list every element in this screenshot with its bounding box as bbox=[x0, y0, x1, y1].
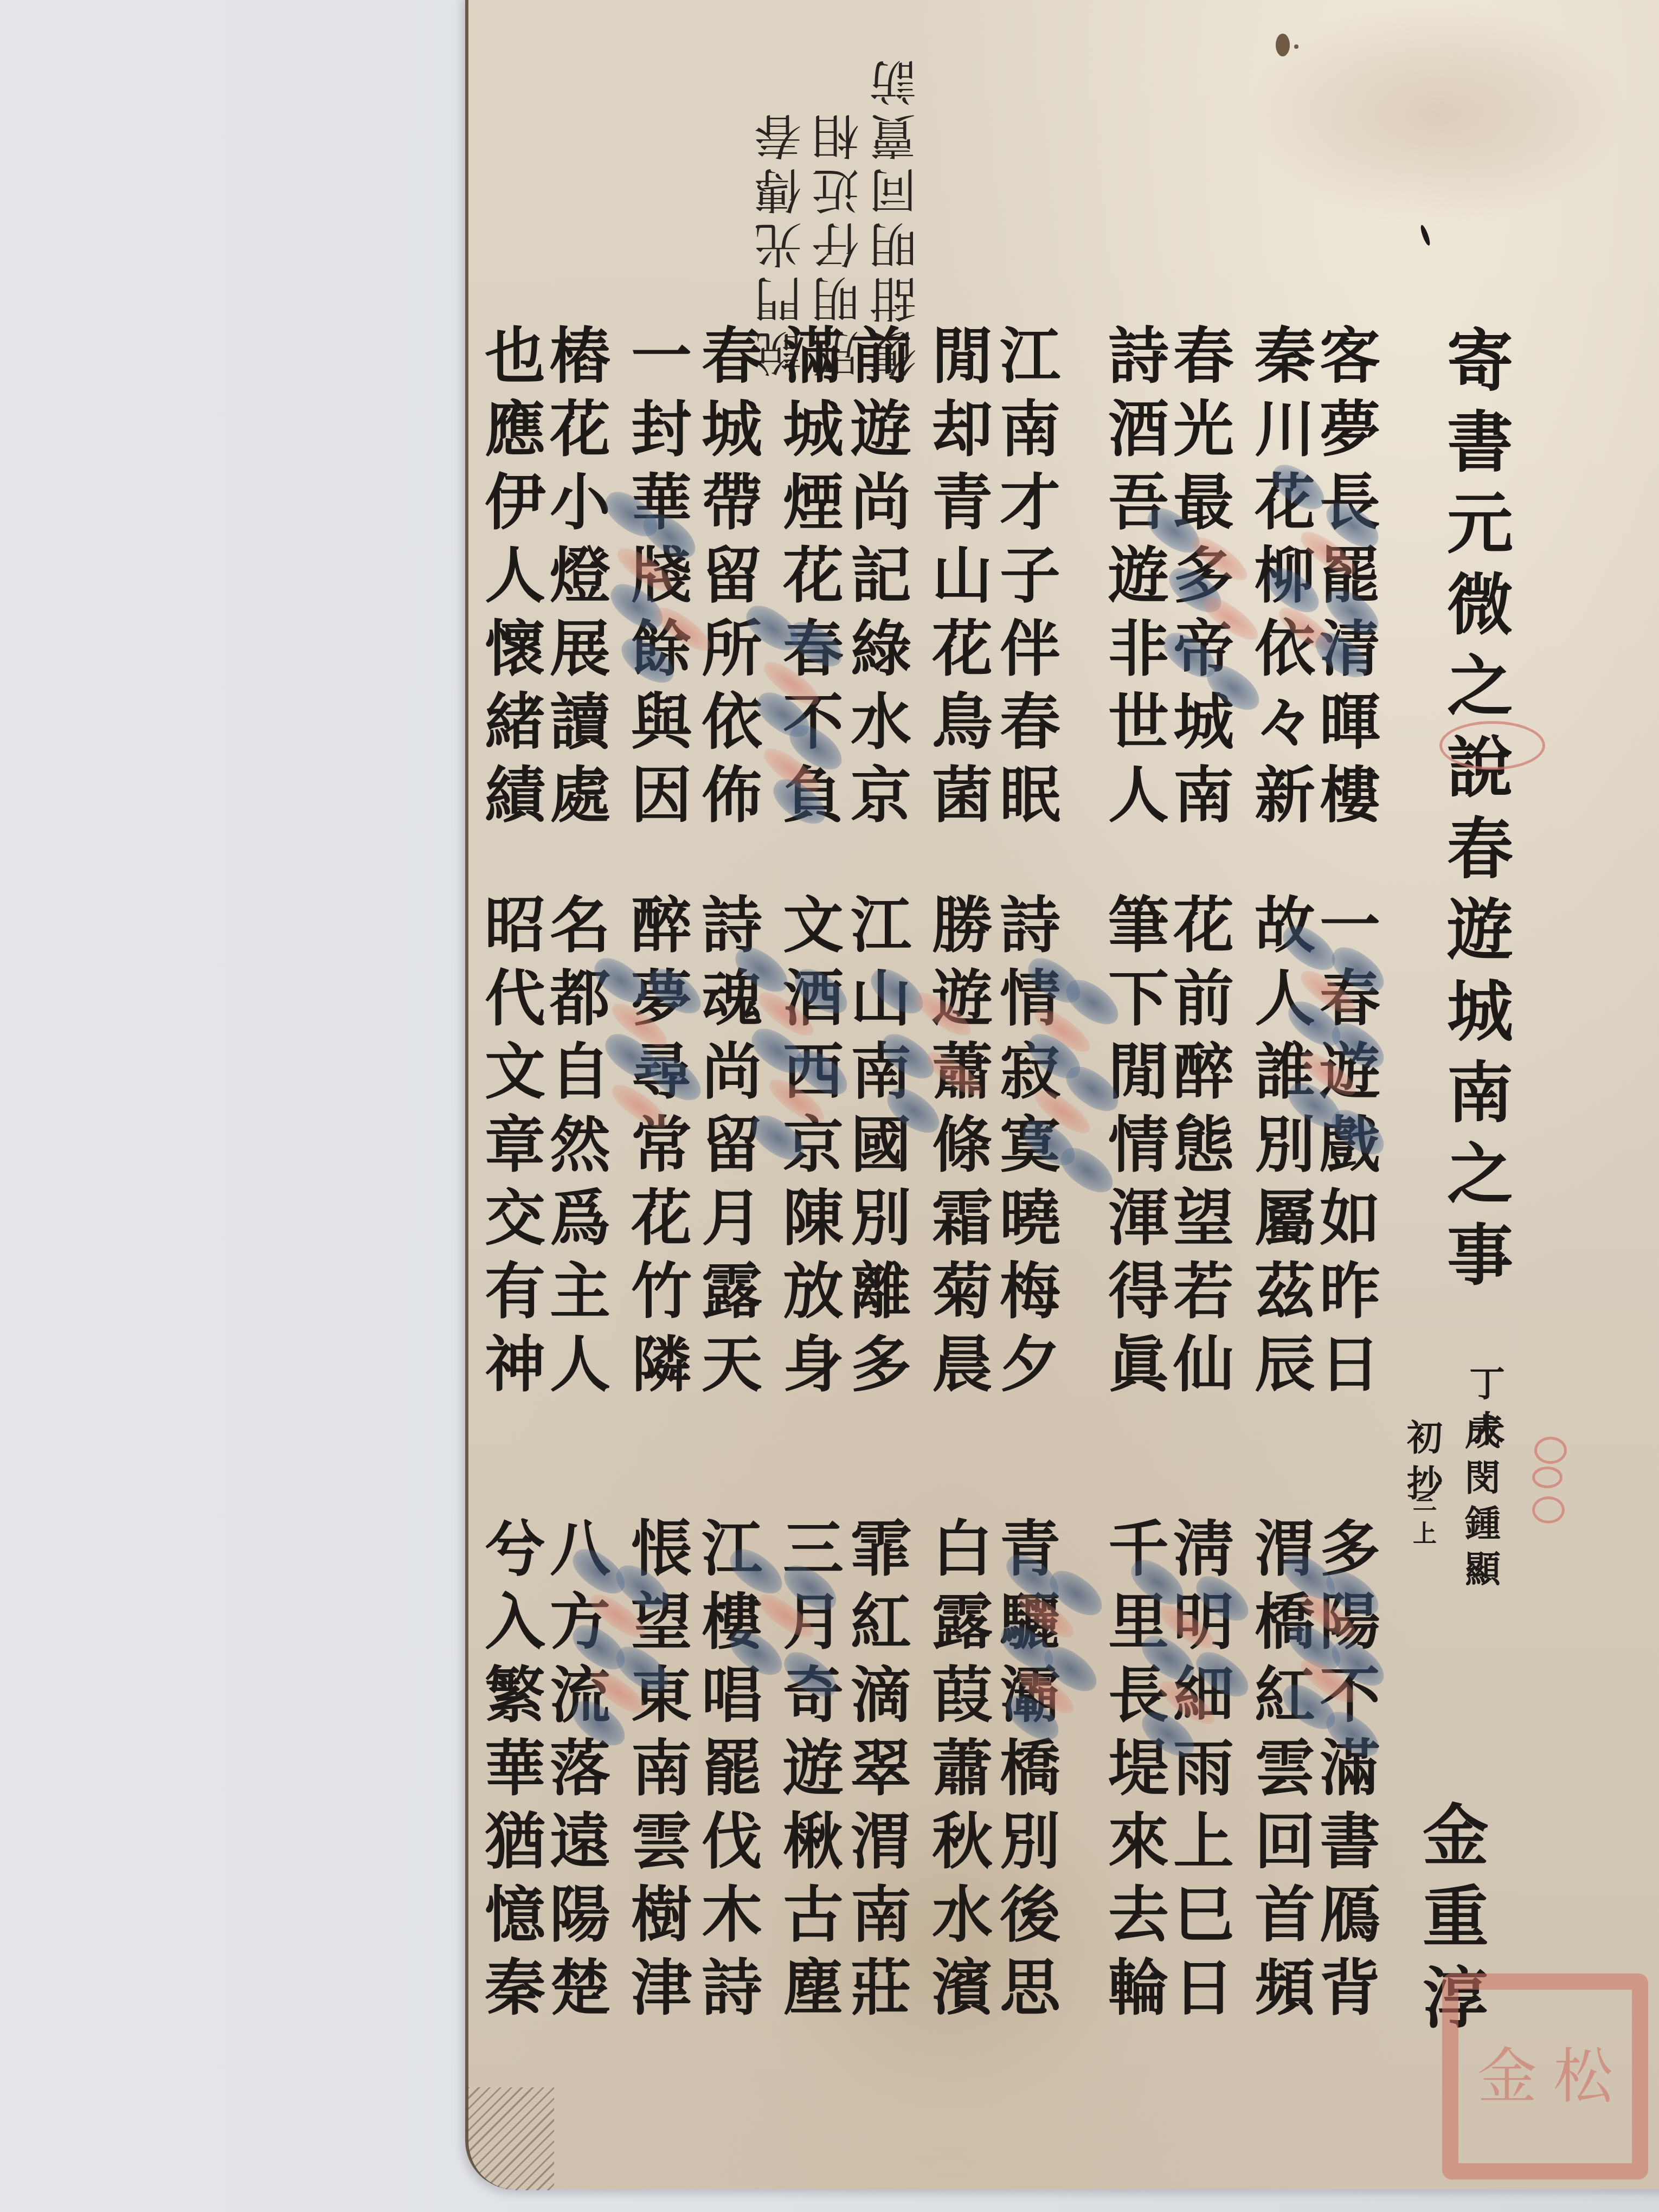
glyph: 水 bbox=[848, 686, 914, 759]
glyph: 離 bbox=[848, 1255, 914, 1328]
glyph: 章 bbox=[483, 1109, 548, 1182]
glyph: 秦 bbox=[1252, 320, 1317, 393]
glyph: 白 bbox=[930, 1513, 995, 1586]
glyph: 賣 bbox=[866, 108, 920, 163]
glyph: 霏 bbox=[848, 1513, 914, 1586]
glyph: 爲 bbox=[548, 1182, 613, 1255]
glyph: 夢 bbox=[1317, 393, 1382, 466]
glyph: 訪 bbox=[866, 54, 920, 108]
glyph: 光 bbox=[751, 217, 805, 271]
glyph: 秦 bbox=[483, 1952, 548, 2025]
glyph: 展 bbox=[548, 613, 613, 686]
glyph: 交 bbox=[483, 1182, 548, 1255]
glyph: 花 bbox=[930, 613, 995, 686]
glyph: 晨 bbox=[930, 1328, 995, 1401]
glyph: 得 bbox=[1106, 1255, 1171, 1328]
glyph: 醉 bbox=[1171, 1036, 1236, 1109]
glyph: 入 bbox=[483, 1586, 548, 1659]
glyph: 來 bbox=[1106, 1805, 1171, 1879]
glyph: 花 bbox=[1171, 889, 1236, 962]
glyph: 南 bbox=[848, 1879, 914, 1952]
glyph: 雲 bbox=[629, 1805, 694, 1879]
poem-line: 客夢長罷清暉樓 bbox=[1317, 320, 1382, 832]
glyph: 昨 bbox=[1317, 1255, 1382, 1328]
glyph: 日 bbox=[1317, 1328, 1382, 1401]
glyph: 留 bbox=[699, 539, 764, 613]
glyph: 下 bbox=[1106, 962, 1171, 1036]
glyph: 同 bbox=[866, 163, 920, 217]
glyph: 人 bbox=[1106, 759, 1171, 832]
glyph: 微 bbox=[1445, 564, 1515, 645]
glyph: 然 bbox=[548, 1109, 613, 1182]
glyph: 上 bbox=[1171, 1805, 1236, 1879]
glyph: 遊 bbox=[1106, 539, 1171, 613]
glyph: 條 bbox=[930, 1109, 995, 1182]
glyph: 城 bbox=[1445, 970, 1515, 1052]
poem-line: 詩酒吾遊非世人 bbox=[1106, 320, 1171, 832]
glyph: 猶 bbox=[483, 1805, 548, 1879]
glyph: 有 bbox=[483, 1255, 548, 1328]
glyph: 詩 bbox=[699, 1952, 764, 2025]
glyph: 首 bbox=[1252, 1879, 1317, 1952]
glyph: 花 bbox=[781, 539, 846, 613]
glyph: 川 bbox=[1252, 393, 1317, 466]
glyph: 滿 bbox=[781, 320, 846, 393]
poem-line: 樁花小燈展讀處 bbox=[548, 320, 613, 832]
glyph: 閔 bbox=[1464, 1455, 1502, 1501]
seal-glyph: 松 bbox=[1553, 2036, 1613, 2117]
glyph: 新 bbox=[1252, 759, 1317, 832]
glyph: 憶 bbox=[483, 1879, 548, 1952]
glyph: 陽 bbox=[548, 1879, 613, 1952]
poem-title: 寄書元微之說春遊城南之事 bbox=[1445, 320, 1515, 1296]
water-stain bbox=[1247, 0, 1626, 228]
glyph: 客 bbox=[1317, 320, 1382, 393]
glyph: 去 bbox=[1106, 1879, 1171, 1952]
glyph: 花 bbox=[629, 1182, 694, 1255]
glyph: 古 bbox=[781, 1879, 846, 1952]
glyph: 丁 bbox=[1468, 1361, 1506, 1406]
red-seal-stamp: 松金 bbox=[1442, 1973, 1648, 2179]
glyph: 天 bbox=[699, 1328, 764, 1401]
glyph: 如 bbox=[1317, 1182, 1382, 1255]
glyph: 佈 bbox=[699, 759, 764, 832]
glyph: 明 bbox=[866, 217, 920, 271]
glyph: 伊 bbox=[483, 466, 548, 539]
glyph: 成 bbox=[1464, 1410, 1502, 1455]
glyph: 春 bbox=[1445, 808, 1515, 889]
glyph: 城 bbox=[699, 393, 764, 466]
glyph: 春 bbox=[998, 686, 1063, 759]
glyph: 醉 bbox=[629, 889, 694, 962]
glyph: 南 bbox=[629, 1732, 694, 1805]
glyph: 陳 bbox=[781, 1182, 846, 1255]
glyph: 輪 bbox=[1106, 1952, 1171, 2025]
glyph: 文 bbox=[781, 889, 846, 962]
reviewer-circle-mark bbox=[1532, 1496, 1565, 1523]
glyph: 近 bbox=[808, 163, 863, 217]
glyph: 依 bbox=[699, 686, 764, 759]
glyph: 綠 bbox=[848, 613, 914, 686]
glyph: 伴 bbox=[998, 613, 1063, 686]
glyph: 紅 bbox=[848, 1586, 914, 1659]
glyph: 仙 bbox=[1171, 1328, 1236, 1401]
glyph: 尚 bbox=[848, 466, 914, 539]
glyph: 元 bbox=[1445, 483, 1515, 564]
glyph: 頻 bbox=[1252, 1952, 1317, 2025]
glyph: 昭 bbox=[483, 889, 548, 962]
glyph: 莊 bbox=[848, 1952, 914, 2025]
seal-glyph: 金 bbox=[1477, 2036, 1537, 2117]
glyph: 代 bbox=[483, 962, 548, 1036]
worm-hole bbox=[1276, 34, 1290, 56]
glyph: 燈 bbox=[548, 539, 613, 613]
glyph: 渾 bbox=[1106, 1182, 1171, 1255]
glyph: 世 bbox=[1106, 686, 1171, 759]
glyph: 滴 bbox=[848, 1659, 914, 1732]
glyph: 態 bbox=[1171, 1109, 1236, 1182]
glyph: 日 bbox=[1171, 1952, 1236, 2025]
poem-line: 白露葭蕭秋水濱 bbox=[930, 1513, 995, 2025]
glyph: 主 bbox=[548, 1255, 613, 1328]
glyph: 巳 bbox=[1171, 1879, 1236, 1952]
poem-line: 兮入繁華猶憶秦 bbox=[483, 1513, 548, 2025]
glyph: 閒 bbox=[930, 320, 995, 393]
glyph: 南 bbox=[998, 393, 1063, 466]
glyph: 秋 bbox=[930, 1805, 995, 1879]
poem-line: 閒却青山花鳥菌 bbox=[930, 320, 995, 832]
glyph: 葭 bbox=[930, 1659, 995, 1732]
glyph: 春 bbox=[751, 108, 805, 163]
glyph: 才 bbox=[998, 466, 1063, 539]
glyph: 遊 bbox=[1445, 889, 1515, 970]
glyph: 事 bbox=[1445, 1214, 1515, 1296]
glyph: 伐 bbox=[699, 1805, 764, 1879]
glyph: 顯 bbox=[1464, 1546, 1502, 1592]
glyph: 春 bbox=[1171, 320, 1236, 393]
glyph: 回 bbox=[1252, 1805, 1317, 1879]
glyph: 自 bbox=[548, 1036, 613, 1109]
glyph: 曉 bbox=[998, 1182, 1063, 1255]
glyph: 江 bbox=[848, 889, 914, 962]
glyph: 華 bbox=[483, 1732, 548, 1805]
glyph: 神 bbox=[483, 1328, 548, 1401]
poem-line: 江山南國別離多 bbox=[848, 889, 914, 1401]
glyph: 濱 bbox=[930, 1952, 995, 2025]
glyph: 渭 bbox=[848, 1805, 914, 1879]
glyph: 背 bbox=[1317, 1952, 1382, 2025]
glyph: 雲 bbox=[1252, 1732, 1317, 1805]
glyph: 南 bbox=[1171, 759, 1236, 832]
glyph: 蕭 bbox=[930, 1732, 995, 1805]
title-circle-annotation bbox=[1439, 721, 1545, 770]
glyph: 書 bbox=[1445, 401, 1515, 483]
glyph: 一 bbox=[629, 320, 694, 393]
glyph: 鍾 bbox=[1464, 1501, 1502, 1546]
glyph: 南 bbox=[1445, 1052, 1515, 1133]
glyph: 封 bbox=[629, 393, 694, 466]
glyph: 詩 bbox=[1106, 320, 1171, 393]
glyph: 緒 bbox=[483, 686, 548, 759]
glyph: 明 bbox=[808, 271, 863, 325]
glyph: 後 bbox=[998, 1879, 1063, 1952]
glyph: 非 bbox=[1106, 613, 1171, 686]
glyph: 夕 bbox=[998, 1328, 1063, 1401]
glyph: 因 bbox=[629, 759, 694, 832]
glyph: 霜 bbox=[930, 1182, 995, 1255]
glyph: 三 bbox=[1411, 1486, 1438, 1518]
glyph: 鳥 bbox=[930, 686, 995, 759]
glyph: 茲 bbox=[1252, 1255, 1317, 1328]
signature-grade: 三上 bbox=[1411, 1486, 1438, 1551]
glyph: 青 bbox=[930, 466, 995, 539]
signature-reviewer: 成閔鍾顯 bbox=[1464, 1410, 1502, 1592]
worm-hole bbox=[1294, 44, 1298, 49]
glyph: 樹 bbox=[629, 1879, 694, 1952]
glyph: 書 bbox=[1317, 1805, 1382, 1879]
glyph: 辰 bbox=[1252, 1328, 1317, 1401]
glyph: 楸 bbox=[781, 1805, 846, 1879]
poem-line: 勝遊蕭條霜菊晨 bbox=[930, 889, 995, 1401]
glyph: 露 bbox=[930, 1586, 995, 1659]
glyph: 金 bbox=[1420, 1795, 1491, 1876]
glyph: 樓 bbox=[1317, 759, 1382, 832]
glyph: 兮 bbox=[483, 1513, 548, 1586]
poem-line: 醉夢尋常花竹隣 bbox=[629, 889, 694, 1401]
poem-line: 也應伊人懷緒績 bbox=[483, 320, 548, 832]
page-stack-edge bbox=[467, 2087, 554, 2190]
glyph: 翠 bbox=[848, 1732, 914, 1805]
glyph: 鴈 bbox=[1317, 1879, 1382, 1952]
glyph: 橋 bbox=[998, 1732, 1063, 1805]
glyph: 前 bbox=[1171, 962, 1236, 1036]
glyph: 眠 bbox=[998, 759, 1063, 832]
glyph: 應 bbox=[483, 393, 548, 466]
glyph: 光 bbox=[1171, 393, 1236, 466]
glyph: 身 bbox=[781, 1328, 846, 1401]
glyph: 遊 bbox=[848, 393, 914, 466]
glyph: 與 bbox=[629, 686, 694, 759]
glyph: 重 bbox=[1420, 1876, 1491, 1957]
glyph: 遊 bbox=[781, 1732, 846, 1805]
glyph: 春 bbox=[699, 320, 764, 393]
glyph: 屬 bbox=[1252, 1182, 1317, 1255]
glyph: 京 bbox=[848, 759, 914, 832]
glyph: 情 bbox=[1106, 1109, 1171, 1182]
glyph: 山 bbox=[930, 539, 995, 613]
glyph: 小 bbox=[548, 466, 613, 539]
glyph: 樁 bbox=[548, 320, 613, 393]
glyph: 之 bbox=[1445, 645, 1515, 726]
glyph: 處 bbox=[548, 759, 613, 832]
poem-line: 春城帶留所依佈 bbox=[699, 320, 764, 832]
glyph: 甜 bbox=[866, 271, 920, 325]
poem-line: 江南才子伴春眠 bbox=[998, 320, 1063, 832]
glyph: 隣 bbox=[629, 1328, 694, 1401]
glyph: 酒 bbox=[1106, 393, 1171, 466]
glyph: 楚 bbox=[548, 1952, 613, 2025]
glyph: 望 bbox=[1171, 1182, 1236, 1255]
glyph: 別 bbox=[848, 1182, 914, 1255]
glyph: 績 bbox=[483, 759, 548, 832]
glyph: 相 bbox=[808, 108, 863, 163]
poem-line: 筆下閒情渾得眞 bbox=[1106, 889, 1171, 1401]
glyph: 花 bbox=[548, 393, 613, 466]
glyph: 詩 bbox=[998, 889, 1063, 962]
glyph: 門 bbox=[751, 271, 805, 325]
glyph: 津 bbox=[629, 1952, 694, 2025]
glyph: 也 bbox=[483, 320, 548, 393]
reviewer-circle-mark bbox=[1534, 1437, 1567, 1464]
glyph: 筆 bbox=[1106, 889, 1171, 962]
glyph: 菌 bbox=[930, 759, 995, 832]
glyph: 淸 bbox=[1171, 1513, 1236, 1586]
glyph: 放 bbox=[781, 1255, 846, 1328]
poem-line: 霏紅滴翠渭南莊 bbox=[848, 1513, 914, 2025]
glyph: 名 bbox=[548, 889, 613, 962]
glyph: 子 bbox=[998, 539, 1063, 613]
glyph: 若 bbox=[1171, 1255, 1236, 1328]
glyph: 江 bbox=[998, 320, 1063, 393]
glyph: 記 bbox=[848, 539, 914, 613]
glyph: 上 bbox=[1411, 1518, 1438, 1551]
glyph: 暉 bbox=[1317, 686, 1382, 759]
glyph: 繁 bbox=[483, 1659, 548, 1732]
glyph: 思 bbox=[998, 1952, 1063, 2025]
glyph: 人 bbox=[548, 1328, 613, 1401]
glyph: 木 bbox=[699, 1879, 764, 1952]
glyph: 却 bbox=[930, 393, 995, 466]
poem-line: 花前醉態望若仙 bbox=[1171, 889, 1236, 1401]
glyph: 別 bbox=[998, 1805, 1063, 1879]
glyph: 城 bbox=[781, 393, 846, 466]
glyph: 懷 bbox=[483, 613, 548, 686]
glyph: 前 bbox=[848, 320, 914, 393]
glyph: 人 bbox=[483, 539, 548, 613]
glyph: 多 bbox=[848, 1328, 914, 1401]
glyph: 帶 bbox=[699, 466, 764, 539]
glyph: 水 bbox=[930, 1879, 995, 1952]
glyph: 煙 bbox=[781, 466, 846, 539]
glyph: 々 bbox=[1252, 686, 1317, 759]
glyph: 竹 bbox=[629, 1255, 694, 1328]
glyph: 眞 bbox=[1106, 1328, 1171, 1401]
glyph: 菊 bbox=[930, 1255, 995, 1328]
poem-line: 前遊尚記綠水京 bbox=[848, 320, 914, 832]
glyph: 梅 bbox=[998, 1255, 1063, 1328]
glyph: 初 bbox=[1406, 1415, 1444, 1461]
glyph: 罷 bbox=[699, 1732, 764, 1805]
glyph: 露 bbox=[699, 1255, 764, 1328]
glyph: 勝 bbox=[930, 889, 995, 962]
glyph: 傳 bbox=[751, 163, 805, 217]
glyph: 塵 bbox=[781, 1952, 846, 2025]
poem-line: 昭代文章交有神 bbox=[483, 889, 548, 1401]
glyph: 寄 bbox=[1445, 320, 1515, 401]
glyph: 遠 bbox=[548, 1805, 613, 1879]
glyph: 文 bbox=[483, 1036, 548, 1109]
glyph: 之 bbox=[1445, 1133, 1515, 1214]
reviewer-circle-mark bbox=[1532, 1467, 1562, 1488]
glyph: 讀 bbox=[548, 686, 613, 759]
glyph: 仔 bbox=[808, 217, 863, 271]
glyph: 月 bbox=[699, 1182, 764, 1255]
